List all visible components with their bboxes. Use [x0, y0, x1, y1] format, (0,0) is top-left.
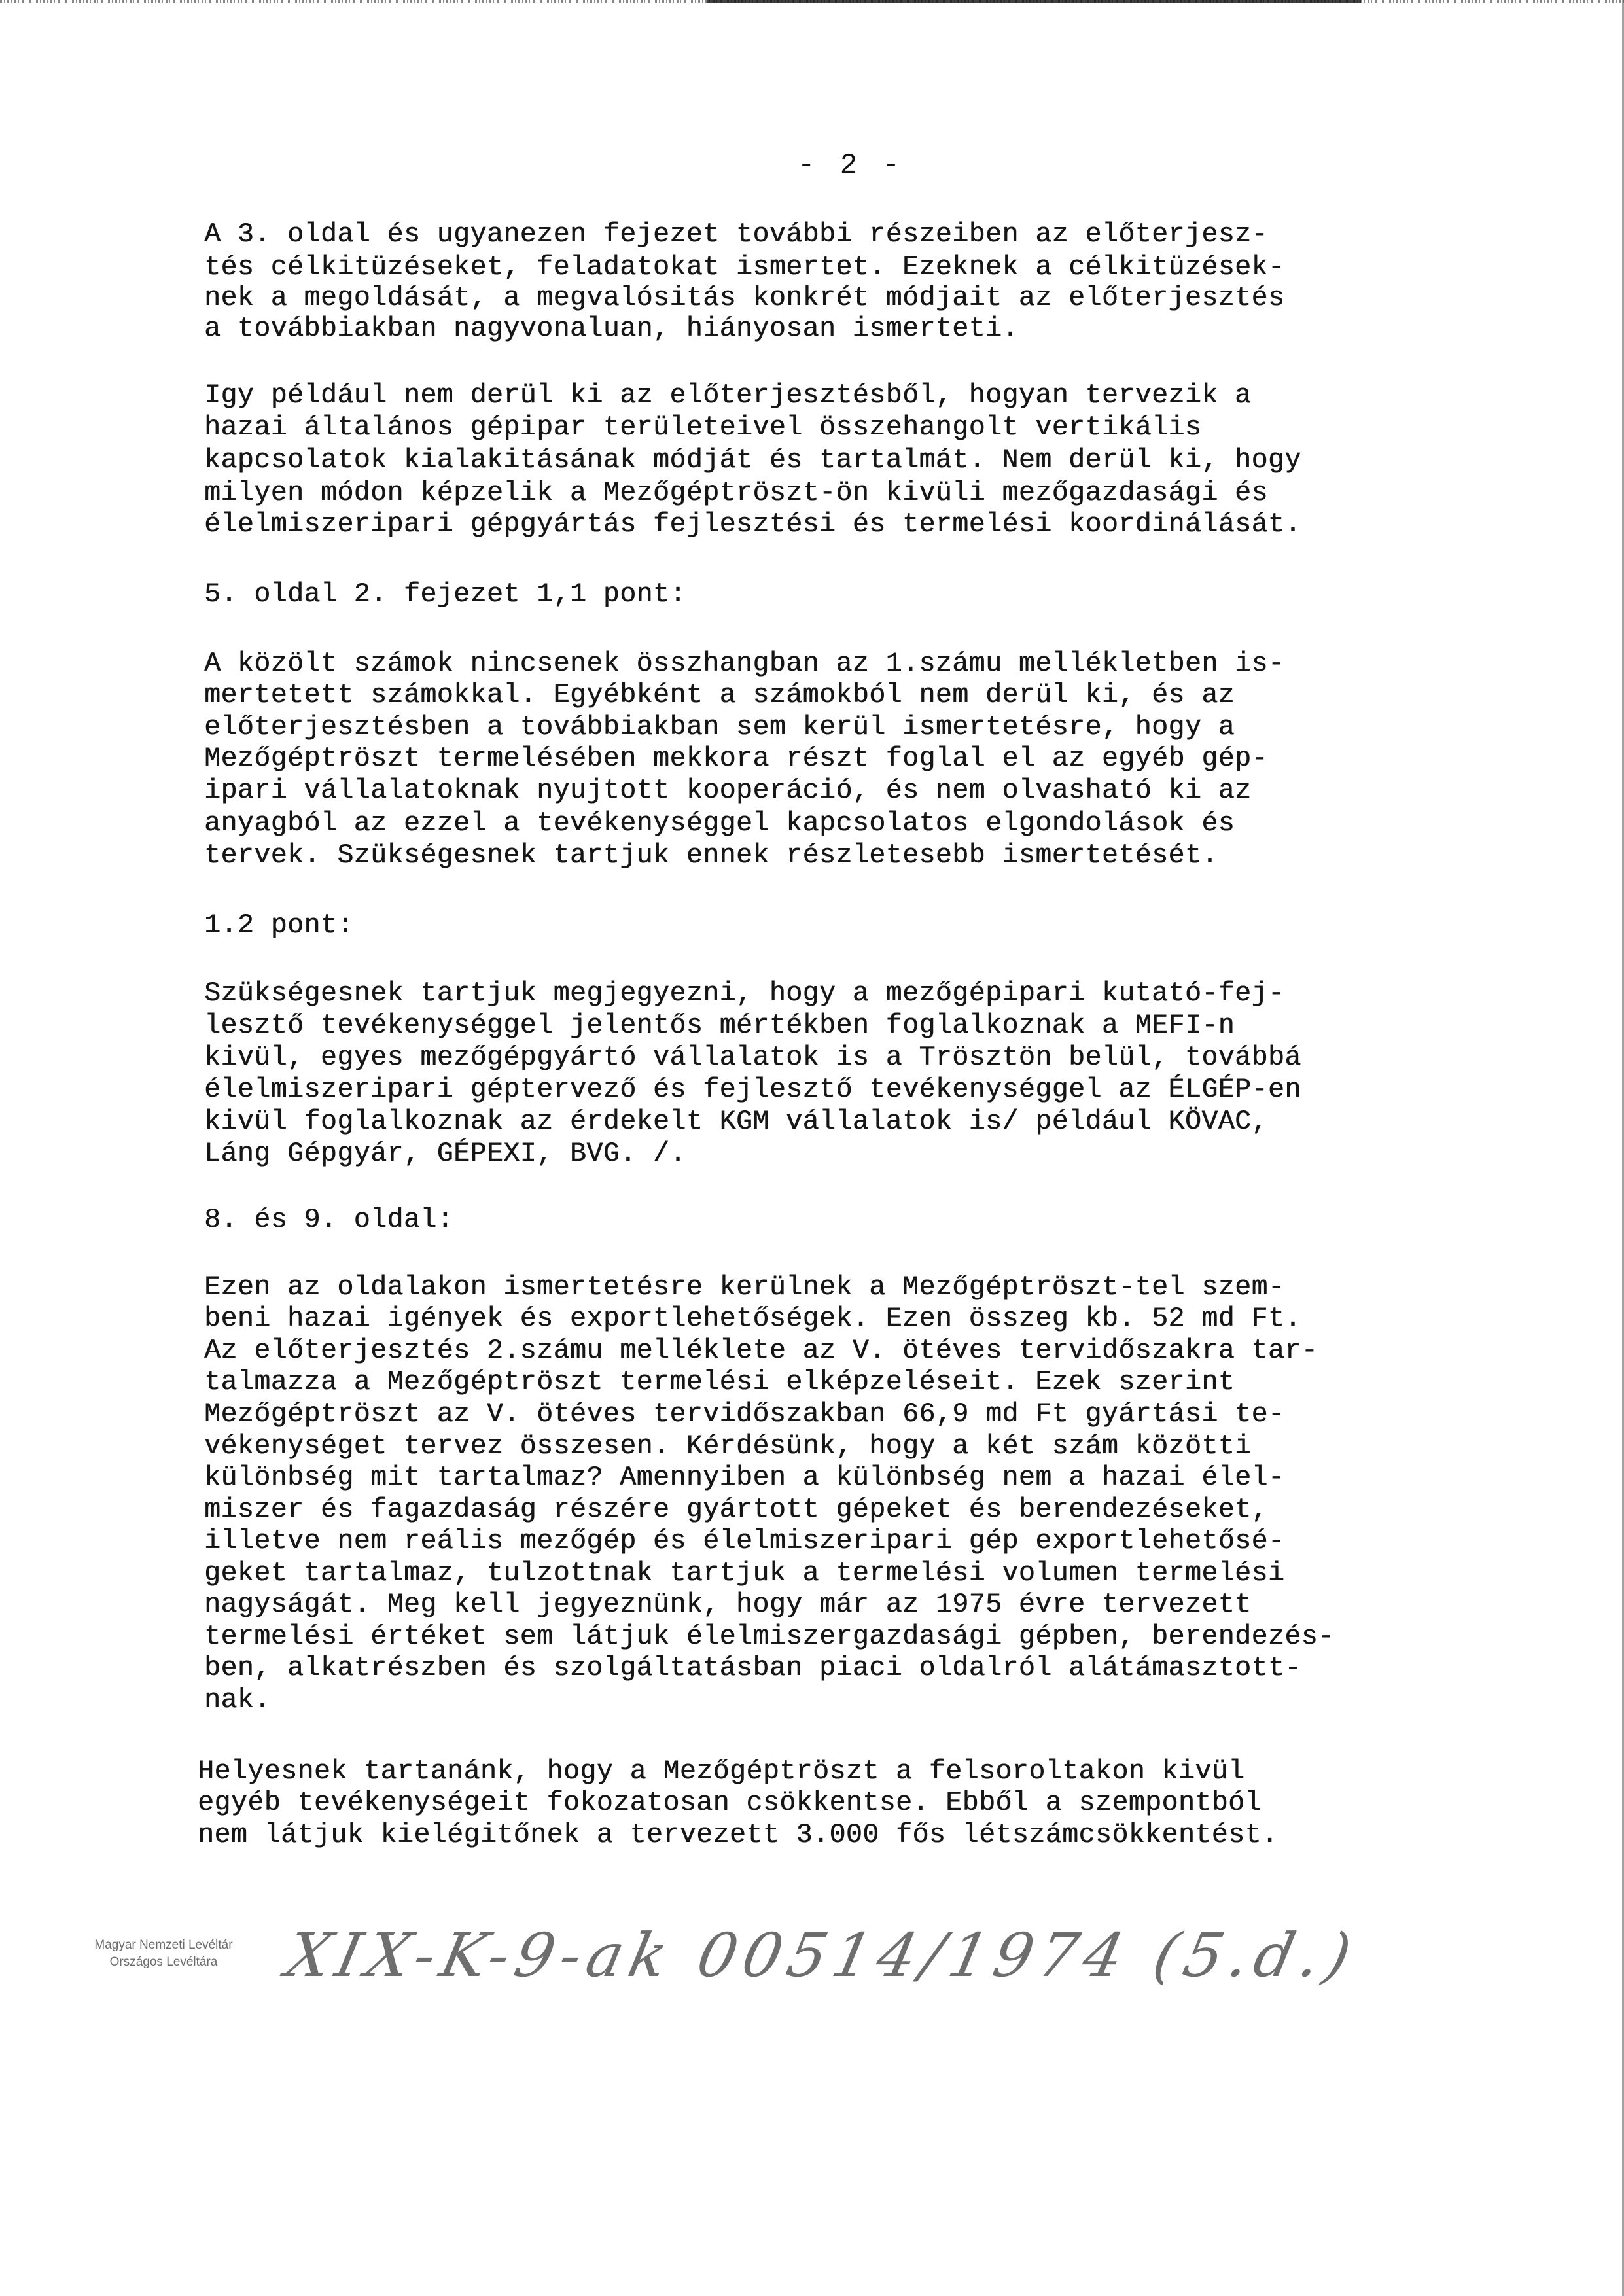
text-line: mertetett számokkal. Egyébként a számokb… — [204, 679, 1235, 712]
text-line: anyagból az ezzel a tevékenységgel kapcs… — [204, 807, 1235, 840]
text-line: termelési értéket sem látjuk élelmiszerg… — [204, 1621, 1334, 1653]
text-line: a továbbiakban nagyvonaluan, hiányosan i… — [204, 313, 1019, 345]
text-line: Az előterjesztés 2.számu melléklete az V… — [204, 1335, 1318, 1368]
section-heading-page-5: 5. oldal 2. fejezet 1,1 pont: — [204, 578, 686, 611]
text-line: kivül foglalkoznak az érdekelt KGM válla… — [204, 1106, 1268, 1139]
text-line: nem látjuk kielégitőnek a tervezett 3.00… — [198, 1819, 1278, 1852]
text-line: A közölt számok nincsenek összhangban az… — [204, 648, 1284, 680]
text-line: vékenységet tervez összesen. Kérdésünk, … — [204, 1430, 1251, 1463]
text-line: különbség mit tartalmaz? Amennyiben a kü… — [204, 1462, 1284, 1494]
text-line: nak. — [204, 1684, 271, 1717]
text-line: Szükségesnek tartjuk megjegyezni, hogy a… — [204, 978, 1284, 1010]
scan-edge-top-dark — [707, 0, 1361, 3]
text-line: miszer és fagazdaság részére gyártott gé… — [204, 1494, 1268, 1527]
text-line: A 3. oldal és ugyanezen fejezet további … — [204, 219, 1268, 251]
text-line: Mezőgéptröszt az V. ötéves tervidőszakba… — [204, 1398, 1284, 1431]
text-line: ben, alkatrészben és szolgáltatásban pia… — [204, 1652, 1301, 1685]
page-number: - 2 - — [752, 149, 949, 182]
text-line: tervek. Szükségesnek tartjuk ennek részl… — [204, 839, 1218, 872]
text-line: talmazza a Mezőgéptröszt termelési elkép… — [204, 1366, 1235, 1399]
text-line: Ezen az oldalakon ismertetésre kerülnek … — [204, 1271, 1284, 1304]
text-line: nagyságát. Meg kell jegyeznünk, hogy már… — [204, 1589, 1251, 1621]
text-line: élelmiszeripari géptervező és fejlesztő … — [204, 1074, 1301, 1106]
text-line: kivül, egyes mezőgépgyártó vállalatok is… — [204, 1042, 1301, 1074]
text-line: egyéb tevékenységeit fokozatosan csökken… — [198, 1787, 1262, 1820]
text-line: nek a megoldását, a megvalósitás konkrét… — [204, 282, 1284, 315]
text-line: illetve nem reális mezőgép és élelmiszer… — [204, 1525, 1284, 1558]
text-line: beni hazai igények és exportlehetőségek.… — [204, 1303, 1301, 1335]
text-line: Igy például nem derül ki az előterjeszté… — [204, 380, 1251, 412]
archive-stamp-line-2: Országos Levéltára — [65, 1954, 262, 1971]
text-line: Láng Gépgyár, GÉPEXI, BVG. /. — [204, 1138, 686, 1171]
archive-stamp: Magyar Nemzeti Levéltár Országos Levéltá… — [65, 1937, 262, 1971]
archive-stamp-line-1: Magyar Nemzeti Levéltár — [65, 1937, 262, 1954]
text-line: tés célkitüzéseket, feladatokat ismertet… — [204, 251, 1284, 284]
text-line: lesztő tevékenységgel jelentős mértékben… — [204, 1010, 1235, 1042]
text-line: kapcsolatok kialakitásának módját és tar… — [204, 444, 1301, 477]
handwritten-archive-reference: XIX-K-9-ak 00514/1974 (5.d.) — [281, 1920, 1364, 1990]
text-line: élelmiszeripari gépgyártás fejlesztési é… — [204, 508, 1301, 541]
text-line: ipari vállalatoknak nyujtott kooperáció,… — [204, 775, 1251, 807]
text-line: geket tartalmaz, tulzottnak tartjuk a te… — [204, 1557, 1284, 1590]
text-line: előterjesztésben a továbbiakban sem kerü… — [204, 711, 1235, 744]
section-heading-1-2: 1.2 pont: — [204, 910, 354, 942]
text-line: milyen módon képzelik a Mezőgéptröszt-ön… — [204, 477, 1268, 510]
text-line: Helyesnek tartanánk, hogy a Mezőgéptrösz… — [198, 1756, 1244, 1788]
section-heading-pages-8-9: 8. és 9. oldal: — [204, 1204, 453, 1237]
text-line: Mezőgéptröszt termelésében mekkora részt… — [204, 743, 1268, 775]
text-line: hazai általános gépipar területeivel öss… — [204, 412, 1201, 444]
